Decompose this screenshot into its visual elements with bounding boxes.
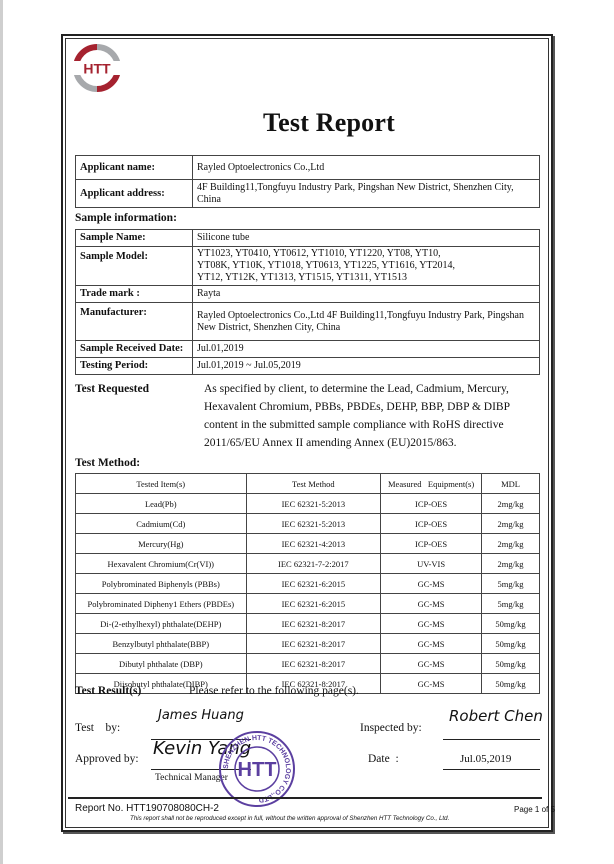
mdl-cell: 50mg/kg bbox=[482, 614, 540, 634]
inspected-by-signature: Robert Chen bbox=[449, 707, 543, 725]
footer-divider bbox=[68, 797, 542, 799]
tested-item-cell: Di-(2-ethylhexyl) phthalate(DEHP) bbox=[76, 614, 247, 634]
svg-text:HTT: HTT bbox=[83, 61, 111, 77]
test-result-text: Please refer to the following page(s). bbox=[189, 685, 359, 697]
inspected-by-label: Inspected by: bbox=[360, 722, 422, 734]
column-header-mdl: MDL bbox=[482, 474, 540, 494]
test-method-cell: IEC 62321-4:2013 bbox=[246, 534, 381, 554]
column-header-equipment: Measured Equipment(s) bbox=[381, 474, 482, 494]
approved-by-label: Approved by: bbox=[75, 753, 139, 765]
test-method-heading: Test Method: bbox=[75, 457, 140, 469]
test-method-cell: IEC 62321-6:2015 bbox=[246, 594, 381, 614]
equipment-cell: UV-VIS bbox=[381, 554, 482, 574]
test-by-label: Test by: bbox=[75, 722, 120, 734]
page-title: Test Report bbox=[61, 108, 597, 138]
tested-item-cell: Lead(Pb) bbox=[76, 494, 247, 514]
applicant-name-value: Rayled Optoelectronics Co.,Ltd bbox=[193, 156, 540, 180]
sample-name-label: Sample Name: bbox=[76, 230, 193, 247]
table-row: Dibutyl phthalate (DBP)IEC 62321-8:2017G… bbox=[76, 654, 540, 674]
tested-item-cell: Hexavalent Chromium(Cr(VI)) bbox=[76, 554, 247, 574]
test-result-label: Test Result(s) bbox=[75, 685, 141, 697]
approver-title: Technical Manager bbox=[155, 773, 228, 783]
applicant-address-label: Applicant address: bbox=[76, 180, 193, 208]
mdl-cell: 50mg/kg bbox=[482, 674, 540, 694]
mdl-cell: 2mg/kg bbox=[482, 554, 540, 574]
sample-model-label: Sample Model: bbox=[76, 247, 193, 286]
tested-item-cell: Mercury(Hg) bbox=[76, 534, 247, 554]
applicant-table: Applicant name: Rayled Optoelectronics C… bbox=[75, 155, 540, 208]
trade-mark-label: Trade mark : bbox=[76, 286, 193, 303]
table-row: Lead(Pb)IEC 62321-5:2013ICP-OES2mg/kg bbox=[76, 494, 540, 514]
mdl-cell: 5mg/kg bbox=[482, 574, 540, 594]
equipment-cell: ICP-OES bbox=[381, 494, 482, 514]
trade-mark-value: Rayta bbox=[193, 286, 540, 303]
date-value: Jul.05,2019 bbox=[460, 753, 511, 765]
test-method-cell: IEC 62321-5:2013 bbox=[246, 494, 381, 514]
test-method-cell: IEC 62321-5:2013 bbox=[246, 514, 381, 534]
mdl-cell: 2mg/kg bbox=[482, 494, 540, 514]
manufacturer-label: Manufacturer: bbox=[76, 303, 193, 341]
table-row: Benzylbutyl phthalate(BBP)IEC 62321-8:20… bbox=[76, 634, 540, 654]
test-method-cell: IEC 62321-7-2:2017 bbox=[246, 554, 381, 574]
equipment-cell: GC-MS bbox=[381, 674, 482, 694]
received-date-label: Sample Received Date: bbox=[76, 341, 193, 358]
table-row: Di-(2-ethylhexyl) phthalate(DEHP)IEC 623… bbox=[76, 614, 540, 634]
page-number: Page 1 of 5 bbox=[514, 805, 555, 814]
testing-period-value: Jul.01,2019 ~ Jul.05,2019 bbox=[193, 358, 540, 375]
sample-model-value: YT1023, YT0410, YT0612, YT1010, YT1220, … bbox=[193, 247, 540, 286]
testing-period-label: Testing Period: bbox=[76, 358, 193, 375]
tested-item-cell: Cadmium(Cd) bbox=[76, 514, 247, 534]
test-method-cell: IEC 62321-8:2017 bbox=[246, 614, 381, 634]
test-requested-label: Test Requested bbox=[75, 383, 149, 395]
test-method-table: Tested Item(s) Test Method Measured Equi… bbox=[75, 473, 540, 694]
equipment-cell: GC-MS bbox=[381, 574, 482, 594]
test-by-signature: James Huang bbox=[158, 708, 244, 723]
table-row: Mercury(Hg)IEC 62321-4:2013ICP-OES2mg/kg bbox=[76, 534, 540, 554]
mdl-cell: 50mg/kg bbox=[482, 654, 540, 674]
mdl-cell: 5mg/kg bbox=[482, 594, 540, 614]
column-header-test-method: Test Method bbox=[246, 474, 381, 494]
test-method-cell: IEC 62321-8:2017 bbox=[246, 634, 381, 654]
mdl-cell: 2mg/kg bbox=[482, 514, 540, 534]
tested-item-cell: Benzylbutyl phthalate(BBP) bbox=[76, 634, 247, 654]
report-number: Report No. HTT190708080CH-2 bbox=[75, 803, 219, 814]
sample-info-table: Sample Name: Silicone tube Sample Model:… bbox=[75, 229, 540, 375]
table-row: Polybrominated Dipheny1 Ethers (PBDEs)IE… bbox=[76, 594, 540, 614]
test-method-cell: IEC 62321-6:2015 bbox=[246, 574, 381, 594]
inspected-by-line bbox=[443, 739, 540, 740]
mdl-cell: 2mg/kg bbox=[482, 534, 540, 554]
equipment-cell: GC-MS bbox=[381, 594, 482, 614]
svg-text:HTT: HTT bbox=[238, 759, 277, 781]
equipment-cell: GC-MS bbox=[381, 654, 482, 674]
footer-disclaimer: This report shall not be reproduced exce… bbox=[130, 815, 449, 822]
date-label: Date : bbox=[368, 753, 399, 765]
equipment-cell: GC-MS bbox=[381, 634, 482, 654]
applicant-name-label: Applicant name: bbox=[76, 156, 193, 180]
table-row: Cadmium(Cd)IEC 62321-5:2013ICP-OES2mg/kg bbox=[76, 514, 540, 534]
equipment-cell: GC-MS bbox=[381, 614, 482, 634]
test-requested-text: As specified by client, to determine the… bbox=[204, 380, 544, 452]
tested-item-cell: Dibutyl phthalate (DBP) bbox=[76, 654, 247, 674]
equipment-cell: ICP-OES bbox=[381, 514, 482, 534]
test-method-cell: IEC 62321-8:2017 bbox=[246, 654, 381, 674]
applicant-address-value: 4F Building11,Tongfuyu Industry Park, Pi… bbox=[193, 180, 540, 208]
sample-name-value: Silicone tube bbox=[193, 230, 540, 247]
table-row: Hexavalent Chromium(Cr(VI))IEC 62321-7-2… bbox=[76, 554, 540, 574]
date-line bbox=[443, 769, 540, 770]
equipment-cell: ICP-OES bbox=[381, 534, 482, 554]
sample-info-heading: Sample information: bbox=[75, 212, 177, 224]
mdl-cell: 50mg/kg bbox=[482, 634, 540, 654]
column-header-tested-items: Tested Item(s) bbox=[76, 474, 247, 494]
tested-item-cell: Polybrominated Biphenyls (PBBs) bbox=[76, 574, 247, 594]
viewer-edge bbox=[0, 0, 3, 864]
tested-item-cell: Polybrominated Dipheny1 Ethers (PBDEs) bbox=[76, 594, 247, 614]
manufacturer-value: Rayled Optoelectronics Co.,Ltd 4F Buildi… bbox=[193, 303, 540, 341]
received-date-value: Jul.01,2019 bbox=[193, 341, 540, 358]
htt-logo-icon: HTT bbox=[72, 43, 122, 93]
table-row: Polybrominated Biphenyls (PBBs)IEC 62321… bbox=[76, 574, 540, 594]
